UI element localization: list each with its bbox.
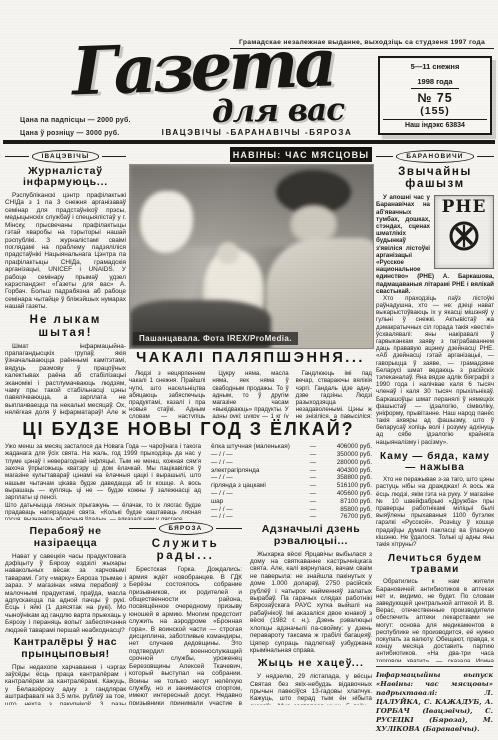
- masthead-subtitle: для вас: [212, 95, 345, 128]
- chakali-col2: Цукру няма, масла няма, яек няма ў свабо…: [212, 370, 288, 418]
- article-body-lechitsya: Обратились к нам жители Барановичей: ант…: [376, 578, 494, 662]
- article-body-kantralery: Пры недахопе харчавання і чэргах заўсёды…: [5, 664, 126, 705]
- badge-line: [216, 528, 243, 529]
- rne-poster-text: РНЕ: [435, 199, 493, 216]
- price-list-row: — / / ——350000 руб.: [211, 451, 372, 459]
- price-dash: —: [306, 474, 320, 482]
- article-title-sluzhyts: Служить рады...: [129, 538, 242, 564]
- badge-label: ІВАЦЭВІЧЫ: [32, 150, 100, 163]
- subscription-index: Наш індэкс 63834: [383, 119, 487, 129]
- price-item: ёлка штучная (маленькая): [211, 443, 306, 451]
- price-list-row: — / / ——76700 руб.: [211, 513, 372, 520]
- rne-emblem-icon: [447, 219, 481, 253]
- price-dash: —: [306, 482, 320, 490]
- price-dash: —: [306, 490, 320, 498]
- newspaper-page: Грамадскае незалежнае выданне, выходзіць…: [0, 0, 498, 740]
- chakali-col1: Людзі з нецярпеннем чакалі 1 снежня. Пра…: [129, 370, 205, 418]
- price-value: 516100 руб.: [320, 482, 372, 490]
- price-value: 406000 руб.: [320, 443, 372, 451]
- price-dash: —: [306, 498, 320, 506]
- issue-date-box: 5—11 снежня 1998 года № 75 (155) Наш інд…: [378, 56, 492, 135]
- article-title-chakali: ЧАКАЛІ ПАЛЯПШЭННЯ...: [129, 350, 372, 366]
- region-badge-ivatsevichy: ІВАЦЭВІЧЫ: [5, 150, 126, 163]
- article-body-sluzhyts: Брестская Горка. Дождались: армия ждёт н…: [129, 566, 242, 705]
- photo-puppy-ear: [217, 242, 239, 264]
- price-retail: Цана ў розніцу — 3000 руб.: [20, 127, 131, 140]
- price-value: 76700 руб.: [320, 513, 372, 520]
- price-list-row: гірлянда з цацкамі—516100 руб.: [211, 482, 372, 490]
- region-badge-baranovichi: БАРАНОВИЧИ: [376, 150, 494, 163]
- badge-line: [477, 156, 494, 157]
- price-item: — / / —: [211, 490, 306, 498]
- article-body-kamu: Хто не перажывае з-за таго, што цэны рас…: [376, 476, 494, 548]
- article-body-ne-lykam: Шмат інфармацыйна-прапагандысцкіх групаў…: [5, 343, 126, 418]
- article-title-adznachyli: Адзначылі дзень рэвалюцыі...: [250, 524, 372, 548]
- article-title-elka: ЦІ БУДЗЕ НОВЫ ГОД З ЁЛКАЙ?: [5, 419, 372, 439]
- price-block: Цана па падпісцы — 2000 руб. Цана ў розн…: [20, 114, 131, 141]
- price-value: 87100 руб.: [320, 498, 372, 506]
- left-column-top: ІВАЦЭВІЧЫ Журналістаў інфармуюць... Рэсп…: [5, 149, 126, 417]
- regions-line: ІВАЦЭВІЧЫ -БАРАНАВІЧЫ -БЯРОЗА: [138, 128, 376, 137]
- column-byaroza: БЯРОЗА Служить рады... Брестская Горка. …: [129, 521, 242, 705]
- article-body-zhyts: У нядзелю, 29 лістапада, у вёсцы Святая …: [250, 673, 372, 705]
- photo-market-scene: Пашанцавала. Фота IREX/ProMedia.: [129, 164, 374, 349]
- price-item: — / / —: [211, 459, 306, 467]
- price-dash: —: [306, 443, 320, 451]
- article-chakali: ЧАКАЛІ ПАЛЯПШЭННЯ... Людзі з нецярпеннем…: [129, 350, 372, 418]
- price-list-row: ёлка штучная (маленькая)—406000 руб.: [211, 443, 372, 451]
- chakali-col3: Гандлююць імі пад вечар, ствараючы вялік…: [296, 370, 372, 418]
- issue-number: № 75: [383, 91, 487, 105]
- price-list-row: — / / ——405600 руб.: [211, 490, 372, 498]
- price-item: — / / —: [211, 506, 306, 514]
- price-item: гірлянда з цацкамі: [211, 482, 306, 490]
- left-column-bottom: Перабояў не назіраецца Нават у савецкія …: [5, 523, 126, 705]
- price-list-row: шар—87100 руб.: [211, 498, 372, 506]
- issue-year: 1998 года: [411, 76, 458, 89]
- issue-number-total: (155): [383, 105, 487, 117]
- price-dash: —: [306, 467, 320, 475]
- price-subscription: Цана па падпісцы — 2000 руб.: [20, 114, 131, 127]
- article-title-kantralery: Кантралёры ў нас прынцыповыя!: [5, 637, 126, 661]
- rne-poster-image: РНЕ: [434, 195, 494, 269]
- article-body-perabojau: Нават у савецкія часы прадуктовага дэфіц…: [5, 553, 126, 635]
- article-title-fashyzm: Звычайны фашызм: [376, 166, 494, 192]
- price-dash: —: [306, 506, 320, 514]
- price-item: — / / —: [211, 451, 306, 459]
- chakali-columns: Людзі з нецярпеннем чакалі 1 снежня. Пра…: [129, 370, 372, 418]
- issue-dates: 5—11 снежня: [383, 62, 487, 71]
- elka-intro: Ужо менш за месяц засталося да Новага Го…: [5, 443, 201, 520]
- elka-price-list: ёлка штучная (маленькая)—406000 руб. — /…: [211, 443, 372, 520]
- price-value: 405600 руб.: [320, 490, 372, 498]
- article-title-lechitsya: Лечиться будем травами: [376, 553, 494, 575]
- price-dash: —: [306, 459, 320, 467]
- badge-label: БЯРОЗА: [159, 522, 213, 535]
- price-dash: —: [306, 451, 320, 459]
- article-title-ne-lykam: Не лыкам шытая!: [5, 314, 126, 340]
- issue-credits: Інфармацыйны выпуск «Навіны: час мясцовы…: [376, 666, 493, 734]
- article-body-fashyzm: Хто праходзіць паўз лістоўкі раўнадушна,…: [376, 295, 494, 446]
- price-item: шар: [211, 498, 306, 506]
- badge-label: БАРАНОВИЧИ: [396, 150, 473, 163]
- price-value: 350000 руб.: [320, 451, 372, 459]
- article-title-journalists: Журналістаў інфармуюць...: [5, 166, 126, 190]
- column-revolution: Адзначылі дзень рэвалюцыі... Жыхарка вёс…: [250, 521, 372, 705]
- price-dash: —: [306, 513, 320, 520]
- right-column: БАРАНОВИЧИ Звычайны фашызм РНЕ У апошні …: [376, 149, 494, 662]
- price-item: электрагірлянда: [211, 467, 306, 475]
- badge-line: [5, 156, 29, 157]
- price-list-row: — / / ——280000 руб.: [211, 459, 372, 467]
- section-banner: НАВІНЫ: ЧАС МЯСЦОВЫ: [230, 147, 372, 162]
- elka-content: Ужо менш за месяц засталося да Новага Го…: [5, 443, 372, 520]
- middle-bottom-columns: БЯРОЗА Служить рады... Брестская Горка. …: [129, 521, 372, 705]
- price-value: 280000 руб.: [320, 459, 372, 467]
- header-divider-rule: [3, 140, 495, 144]
- photo-caption: Пашанцавала. Фота IREX/ProMedia.: [133, 332, 298, 345]
- article-body-adznachyli: Жыхарка вёскі Ярцавічы выбылася з дому н…: [250, 551, 372, 655]
- badge-line: [102, 156, 126, 157]
- price-item: — / / —: [211, 513, 306, 520]
- article-elka: ЦІ БУДЗЕ НОВЫ ГОД З ЁЛКАЙ? Ужо менш за м…: [5, 419, 372, 520]
- article-body-journalists: Рэспубліканскі цэнтр прафілактыкі СНІДа …: [5, 192, 126, 311]
- article-title-zhyts: Жыць не хацеў...: [250, 658, 372, 670]
- region-badge-byaroza: БЯРОЗА: [129, 522, 242, 535]
- badge-line: [129, 528, 156, 529]
- article-title-kamu: Каму — бяда, каму — нажыва: [376, 451, 494, 473]
- badge-line: [376, 156, 393, 157]
- article-title-perabojau: Перабояў не назіраецца: [5, 526, 126, 550]
